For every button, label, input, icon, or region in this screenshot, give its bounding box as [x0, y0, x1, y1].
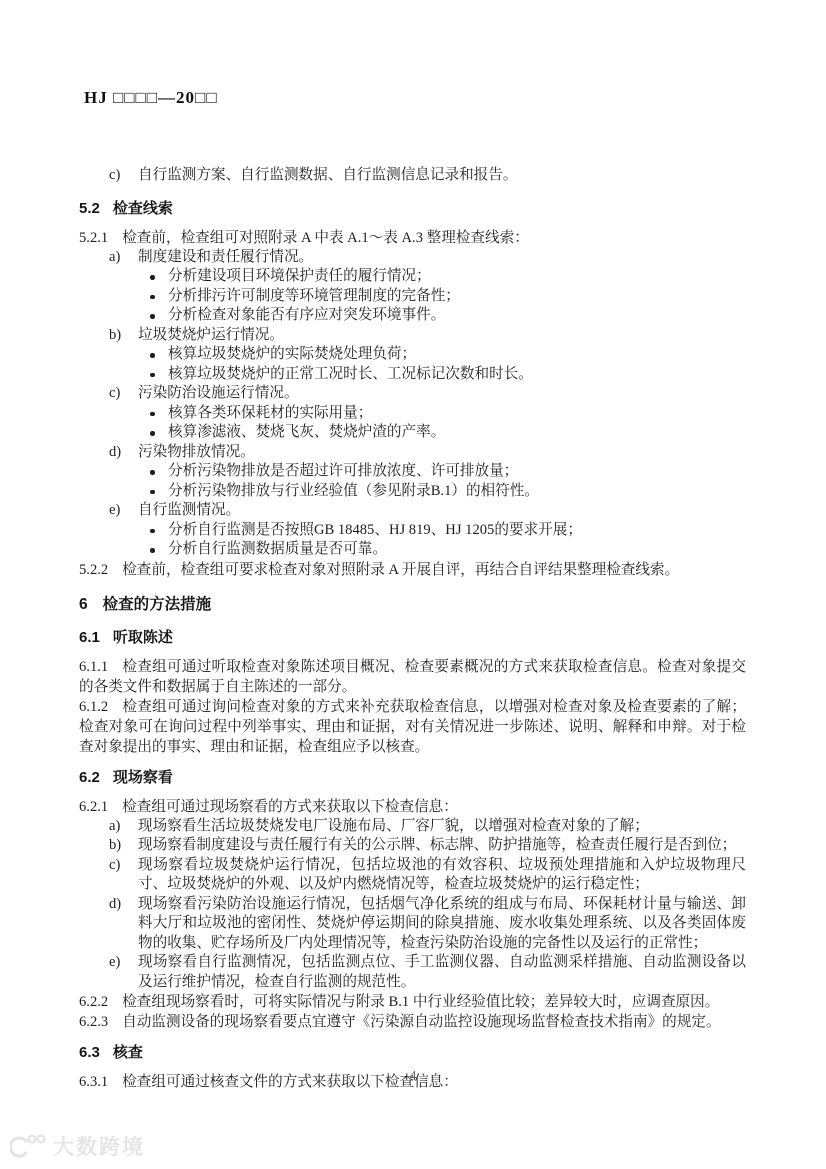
clause-6-1-1: 6.1.1检查组可通过听取检查对象陈述项目概况、检查要素概况的方式来获取检查信息…: [79, 657, 746, 697]
bullet-text: 分析污染物排放与行业经验值（参见附录B.1）的相符性。: [168, 483, 539, 499]
clause-number: 5.2.1: [79, 230, 108, 246]
bullet-icon: [150, 431, 155, 436]
clause-text: 检查前，检查组可对照附录 A 中表 A.1～表 A.3 整理检查线索：: [122, 230, 529, 246]
list-label: b): [109, 836, 121, 856]
bullet-item: 核算垃圾焚烧炉的实际焚烧处理负荷；: [79, 345, 746, 365]
heading-number: 5.2: [79, 200, 100, 217]
bullet-text: 分析自行监测数据质量是否可靠。: [168, 541, 387, 557]
clause-6-2-3: 6.2.3自动监测设备的现场察看要点宜遵守《污染源自动监控设施现场监督检查技术指…: [79, 1012, 746, 1032]
bullet-item: 分析自行监测数据质量是否可靠。: [79, 540, 746, 560]
list-item: a)制度建设和责任履行情况。: [79, 248, 746, 268]
list-text: 现场察看自行监测情况，包括监测点位、手工监测仪器、自动监测采样措施、自动监测设备…: [138, 954, 746, 990]
section-heading-6-3: 6.3核查: [79, 1043, 746, 1063]
bullet-icon: [150, 353, 155, 358]
bullet-icon: [150, 548, 155, 553]
list-text: 现场察看生活垃圾焚烧发电厂设施布局、厂容厂貌，以增强对检查对象的了解；: [138, 818, 649, 834]
clause-number: 6.1.2: [79, 699, 108, 715]
clause-text: 检查组现场察看时，可将实际情况与附录 B.1 中行业经验值比较；差异较大时，应调…: [122, 994, 719, 1010]
heading-number: 6.1: [79, 629, 100, 646]
list-item: a)现场察看生活垃圾焚烧发电厂设施布局、厂容厂貌，以增强对检查对象的了解；: [79, 817, 746, 837]
section-heading-6-2: 6.2现场察看: [79, 768, 746, 788]
section-heading-5-2: 5.2检查线索: [79, 199, 746, 219]
bullet-icon: [150, 529, 155, 534]
watermark: 大数跨境: [10, 1131, 145, 1161]
list-text: 污染防治设施运行情况。: [138, 385, 299, 401]
heading-number: 6.3: [79, 1044, 100, 1061]
list-label: e): [109, 501, 120, 521]
clause-number: 5.2.2: [79, 562, 108, 578]
list-label: c): [109, 166, 120, 186]
doc-code-header: HJ □□□□—20□□: [84, 88, 218, 108]
clause-number: 6.2.1: [79, 799, 108, 815]
clause-6-2-2: 6.2.2检查组现场察看时，可将实际情况与附录 B.1 中行业经验值比较；差异较…: [79, 992, 746, 1012]
bullet-icon: [150, 412, 155, 417]
bullet-item: 核算各类环保耗材的实际用量；: [79, 404, 746, 424]
clause-6-2-1: 6.2.1检查组可通过现场察看的方式来获取以下检查信息：: [79, 797, 746, 817]
bullet-item: 分析污染物排放是否超过许可排放浓度、许可排放量；: [79, 462, 746, 482]
list-item: b)现场察看制度建设与责任履行有关的公示牌、标志牌、防护措施等，检查责任履行是否…: [79, 836, 746, 856]
bullet-text: 分析检查对象能否有序应对突发环境事件。: [168, 307, 445, 323]
list-text: 现场察看垃圾焚烧炉运行情况，包括垃圾池的有效容积、垃圾预处理措施和入炉垃圾物理尺…: [138, 857, 746, 893]
bullet-text: 分析自行监测是否按照GB 18485、HJ 819、HJ 1205的要求开展；: [168, 522, 582, 538]
chapter-heading-6: 6检查的方法措施: [79, 595, 746, 615]
list-label: a): [109, 817, 120, 837]
clause-5-2-1: 5.2.1检查前，检查组可对照附录 A 中表 A.1～表 A.3 整理检查线索：: [79, 228, 746, 248]
list-text: 制度建设和责任履行情况。: [138, 249, 313, 265]
bullet-text: 分析排污许可制度等环境管理制度的完备性；: [168, 288, 460, 304]
bullet-text: 分析污染物排放是否超过许可排放浓度、许可排放量；: [168, 463, 518, 479]
bullet-item: 核算渗滤液、焚烧飞灰、焚烧炉渣的产率。: [79, 423, 746, 443]
list-label: d): [109, 895, 121, 915]
bullet-icon: [150, 314, 155, 319]
clause-text: 自动监测设备的现场察看要点宜遵守《污染源自动监控设施现场监督检查技术指南》的规定…: [122, 1014, 720, 1030]
bullet-text: 核算垃圾焚烧炉的实际焚烧处理负荷；: [168, 346, 416, 362]
list-label: c): [109, 856, 120, 876]
heading-title: 现场察看: [113, 769, 173, 786]
bullet-item: 分析自行监测是否按照GB 18485、HJ 819、HJ 1205的要求开展；: [79, 521, 746, 541]
list-item: c)污染防治设施运行情况。: [79, 384, 746, 404]
document-body: c)自行监测方案、自行监测数据、自行监测信息记录和报告。 5.2检查线索 5.2…: [79, 166, 746, 1092]
list-item: e)自行监测情况。: [79, 501, 746, 521]
list-item: c)自行监测方案、自行监测数据、自行监测信息记录和报告。: [79, 166, 746, 186]
document-page: HJ □□□□—20□□ c)自行监测方案、自行监测数据、自行监测信息记录和报告…: [0, 0, 826, 1169]
page-number: 4: [0, 1068, 826, 1084]
bullet-icon: [150, 275, 155, 280]
bullet-icon: [150, 373, 155, 378]
clause-number: 6.1.1: [79, 659, 108, 675]
bullet-text: 核算各类环保耗材的实际用量；: [168, 405, 372, 421]
list-item: e)现场察看自行监测情况，包括监测点位、手工监测仪器、自动监测采样措施、自动监测…: [79, 953, 746, 992]
list-item: d)现场察看污染防治设施运行情况，包括烟气净化系统的组成与布局、环保耗材计量与输…: [79, 895, 746, 954]
list-item: b)垃圾焚烧炉运行情况。: [79, 326, 746, 346]
bullet-icon: [150, 295, 155, 300]
bullet-text: 核算垃圾焚烧炉的正常工况时长、工况标记次数和时长。: [168, 366, 533, 382]
clause-text: 检查前，检查组可要求检查对象对照附录 A 开展自评，再结合自评结果整理检查线索。: [122, 562, 679, 578]
list-label: d): [109, 443, 121, 463]
list-text: 自行监测情况。: [138, 502, 240, 518]
clause-text: 检查组可通过现场察看的方式来获取以下检查信息：: [122, 799, 458, 815]
heading-title: 核查: [113, 1044, 143, 1061]
list-text: 垃圾焚烧炉运行情况。: [138, 327, 284, 343]
bullet-text: 核算渗滤液、焚烧飞灰、焚烧炉渣的产率。: [168, 424, 445, 440]
bullet-item: 分析排污许可制度等环境管理制度的完备性；: [79, 287, 746, 307]
bullet-icon: [150, 490, 155, 495]
heading-number: 6.2: [79, 769, 100, 786]
list-text: 污染物排放情况。: [138, 444, 255, 460]
list-text: 现场察看制度建设与责任履行有关的公示牌、标志牌、防护措施等，检查责任履行是否到位…: [138, 837, 736, 853]
clause-number: 6.2.2: [79, 994, 108, 1010]
heading-title: 检查的方法措施: [103, 596, 212, 613]
watermark-logo-icon: [10, 1133, 48, 1159]
clause-text: 检查组可通过询问检查对象的方式来补充获取检查信息，以增强对检查对象及检查要素的了…: [79, 699, 746, 755]
clause-number: 6.2.3: [79, 1014, 108, 1030]
list-label: a): [109, 248, 120, 268]
bullet-item: 分析检查对象能否有序应对突发环境事件。: [79, 306, 746, 326]
heading-title: 听取陈述: [113, 629, 173, 646]
clause-5-2-2: 5.2.2检查前，检查组可要求检查对象对照附录 A 开展自评，再结合自评结果整理…: [79, 560, 746, 580]
bullet-item: 分析建设项目环境保护责任的履行情况；: [79, 267, 746, 287]
bullet-text: 分析建设项目环境保护责任的履行情况；: [168, 268, 431, 284]
list-label: e): [109, 953, 120, 973]
section-heading-6-1: 6.1听取陈述: [79, 628, 746, 648]
list-text: 自行监测方案、自行监测数据、自行监测信息记录和报告。: [138, 167, 517, 183]
bullet-item: 核算垃圾焚烧炉的正常工况时长、工况标记次数和时长。: [79, 365, 746, 385]
list-item: c)现场察看垃圾焚烧炉运行情况，包括垃圾池的有效容积、垃圾预处理措施和入炉垃圾物…: [79, 856, 746, 895]
list-text: 现场察看污染防治设施运行情况，包括烟气净化系统的组成与布局、环保耗材计量与输送、…: [138, 896, 746, 951]
list-label: c): [109, 384, 120, 404]
list-item: d)污染物排放情况。: [79, 443, 746, 463]
watermark-text: 大数跨境: [53, 1131, 145, 1161]
clause-text: 检查组可通过听取检查对象陈述项目概况、检查要素概况的方式来获取检查信息。检查对象…: [79, 659, 746, 695]
clause-6-1-2: 6.1.2检查组可通过询问检查对象的方式来补充获取检查信息，以增强对检查对象及检…: [79, 697, 746, 757]
heading-number: 6: [79, 596, 88, 613]
bullet-item: 分析污染物排放与行业经验值（参见附录B.1）的相符性。: [79, 482, 746, 502]
bullet-icon: [150, 470, 155, 475]
list-label: b): [109, 326, 121, 346]
heading-title: 检查线索: [113, 200, 173, 217]
